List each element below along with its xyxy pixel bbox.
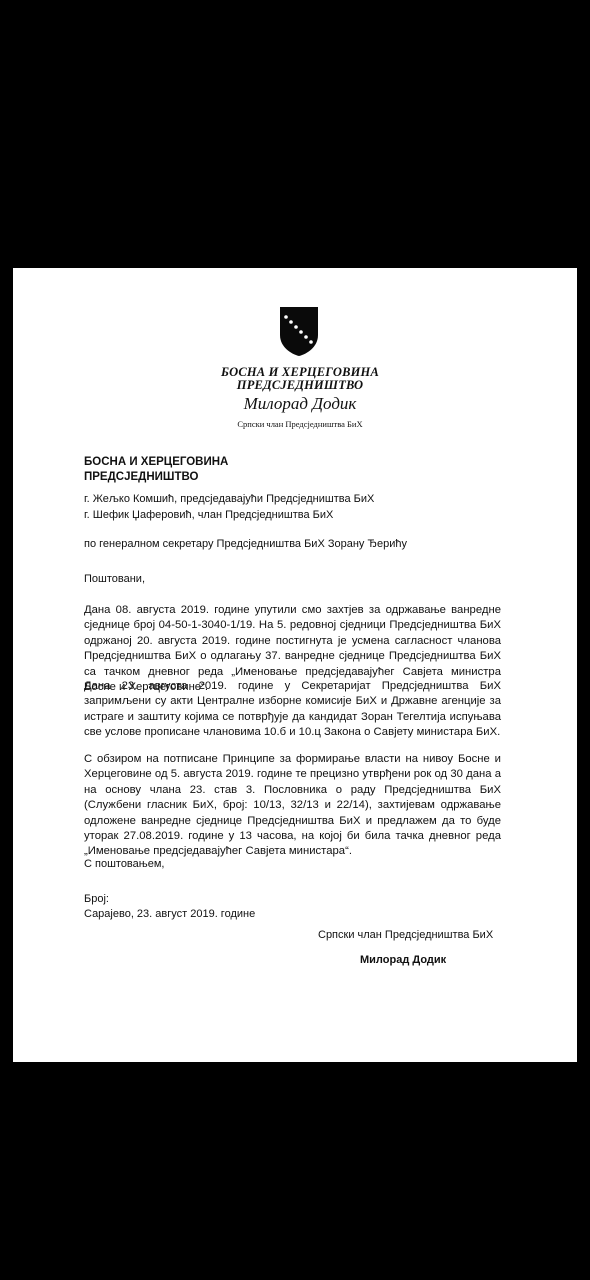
number-date-block: Број: Сарајево, 23. август 2019. године xyxy=(84,892,504,922)
addressee: г. Шефик Џаферовић, члан Предсједништва … xyxy=(84,508,504,524)
body-paragraph-3: С обзиром на потписане Принципе за форми… xyxy=(84,752,501,860)
coat-of-arms-icon xyxy=(279,305,319,357)
letterhead-role: Српски члан Предсједништва БиХ xyxy=(190,418,410,430)
recipient-country: БОСНА И ХЕРЦЕГОВИНА xyxy=(84,455,504,470)
signatory-name: Милорад Додик xyxy=(360,953,446,968)
letterhead: БОСНА И ХЕРЦЕГОВИНА ПРЕДСЈЕДНИШТВО Милор… xyxy=(190,366,410,430)
letterhead-name: Милорад Додик xyxy=(190,393,410,415)
via-line: по генералном секретару Предсједништва Б… xyxy=(84,537,504,553)
salutation: Поштовани, xyxy=(84,572,504,588)
number-label: Број: xyxy=(84,892,504,907)
addressee-list: г. Жељко Комшић, предсједавајући Предсје… xyxy=(84,492,504,523)
body-paragraph-2: Дана 23. августа 2019. године у Секретар… xyxy=(84,679,501,741)
letterhead-institution: ПРЕДСЈЕДНИШТВО xyxy=(190,379,410,392)
addressee: г. Жељко Комшић, предсједавајући Предсје… xyxy=(84,492,504,508)
recipient-institution: ПРЕДСЈЕДНИШТВО xyxy=(84,470,504,485)
place-date: Сарајево, 23. август 2019. године xyxy=(84,907,504,922)
signatory-role: Српски члан Предсједништва БиХ xyxy=(318,928,493,943)
closing: С поштовањем, xyxy=(84,857,504,873)
recipient-heading: БОСНА И ХЕРЦЕГОВИНА ПРЕДСЈЕДНИШТВО xyxy=(84,455,504,485)
